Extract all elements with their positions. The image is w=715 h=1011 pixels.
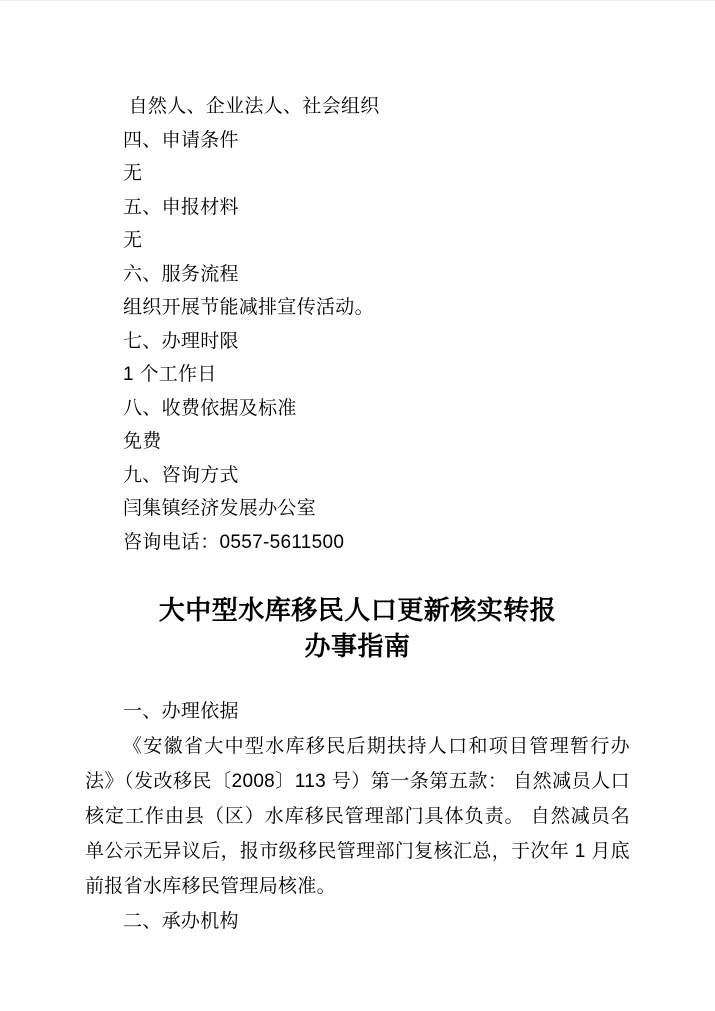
text-service-process: 组织开展节能减排宣传活动。 xyxy=(85,291,630,325)
document-title-line1: 大中型水库移民人口更新核实转报 xyxy=(85,592,630,628)
document-body: 一、办理依据 《安徽省大中型水库移民后期扶持人口和项目管理暂行办法》（发改移民〔… xyxy=(85,694,630,939)
heading-consultation-method: 九、咨询方式 xyxy=(85,459,630,493)
text-fee-free: 免费 xyxy=(85,425,630,459)
text-consultation-office: 闫集镇经济发展办公室 xyxy=(85,492,630,526)
text-processing-time: 1 个工作日 xyxy=(85,358,630,392)
text-consultation-phone: 咨询电话：0557-5611500 xyxy=(85,526,630,560)
document-title: 大中型水库移民人口更新核实转报 办事指南 xyxy=(85,592,630,664)
line-applicant-types: 自然人、企业法人、社会组织 xyxy=(85,90,630,124)
paragraph-handling-basis: 《安徽省大中型水库移民后期扶持人口和项目管理暂行办法》（发改移民〔2008〕11… xyxy=(85,729,630,904)
document-content: 自然人、企业法人、社会组织 四、申请条件 无 五、申报材料 无 六、服务流程 组… xyxy=(85,90,630,939)
heading-undertaking-agency: 二、承办机构 xyxy=(85,904,630,939)
heading-fee-basis-standard: 八、收费依据及标准 xyxy=(85,392,630,426)
value-none-conditions: 无 xyxy=(85,157,630,191)
value-none-materials: 无 xyxy=(85,224,630,258)
document-title-line2: 办事指南 xyxy=(85,628,630,664)
heading-service-process: 六、服务流程 xyxy=(85,258,630,292)
heading-application-conditions: 四、申请条件 xyxy=(85,124,630,158)
document-page: 自然人、企业法人、社会组织 四、申请条件 无 五、申报材料 无 六、服务流程 组… xyxy=(0,0,715,1011)
heading-handling-basis: 一、办理依据 xyxy=(85,694,630,729)
heading-processing-time-limit: 七、办理时限 xyxy=(85,325,630,359)
heading-application-materials: 五、申报材料 xyxy=(85,191,630,225)
